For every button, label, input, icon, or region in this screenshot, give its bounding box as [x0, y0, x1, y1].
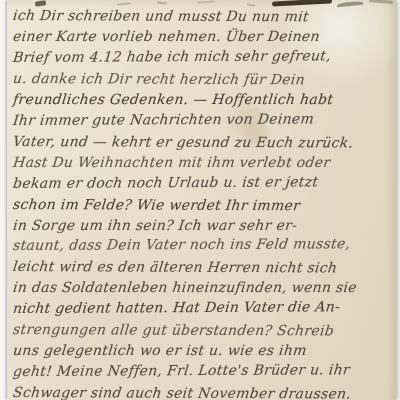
handwriting-line: Hast Du Weihnachten mit ihm verlebt oder: [12, 153, 396, 174]
handwriting-line: Vater, und — kehrt er gesund zu Euch zur…: [12, 132, 395, 155]
handwriting-line: freundliches Gedenken. — Hoffentlich hab…: [12, 90, 396, 111]
letter-photo: ich Dir schreiben und musst Du nun mitei…: [0, 0, 400, 400]
handwriting-line: Schwager sind auch seit November drausse…: [12, 383, 395, 400]
handwriting-line: geht! Meine Neffen, Frl. Lotte's Brüder …: [12, 360, 396, 383]
handwriting-line: nicht gedient hatten. Hat Dein Vater die…: [12, 297, 396, 320]
handwriting-line: Ihr immer gute Nachrichten von Deinem: [12, 109, 396, 132]
handwriting-line: einer Karte vorlieb nehmen. Über Deinen: [12, 27, 396, 48]
handwriting-lines: ich Dir schreiben und musst Du nun mitei…: [13, 0, 394, 400]
handwriting-line: ich Dir schreiben und musst Du nun mit: [12, 6, 395, 29]
letter-paper: ich Dir schreiben und musst Du nun mitei…: [7, 0, 396, 400]
handwriting-line: bekam er doch noch Urlaub u. ist er jetz…: [12, 172, 396, 195]
handwriting-line: in das Soldatenleben hineinzufinden, wen…: [12, 278, 396, 299]
handwriting-line: Brief vom 4.12 habe ich mich sehr gefreu…: [12, 46, 396, 69]
handwriting-line: strengungen alle gut überstanden? Schrei…: [12, 320, 395, 343]
handwriting-line: uns gelegentlich wo er ist u. wie es ihm: [12, 341, 396, 362]
handwriting-line: staunt, dass Dein Vater noch ins Feld mu…: [12, 234, 396, 257]
handwriting-line: leicht wird es den älteren Herren nicht …: [12, 257, 395, 280]
handwriting-line: u. danke ich Dir recht herzlich für Dein: [12, 69, 395, 92]
handwriting-line: schon im Felde? Wie werdet Ihr immer: [12, 195, 395, 218]
